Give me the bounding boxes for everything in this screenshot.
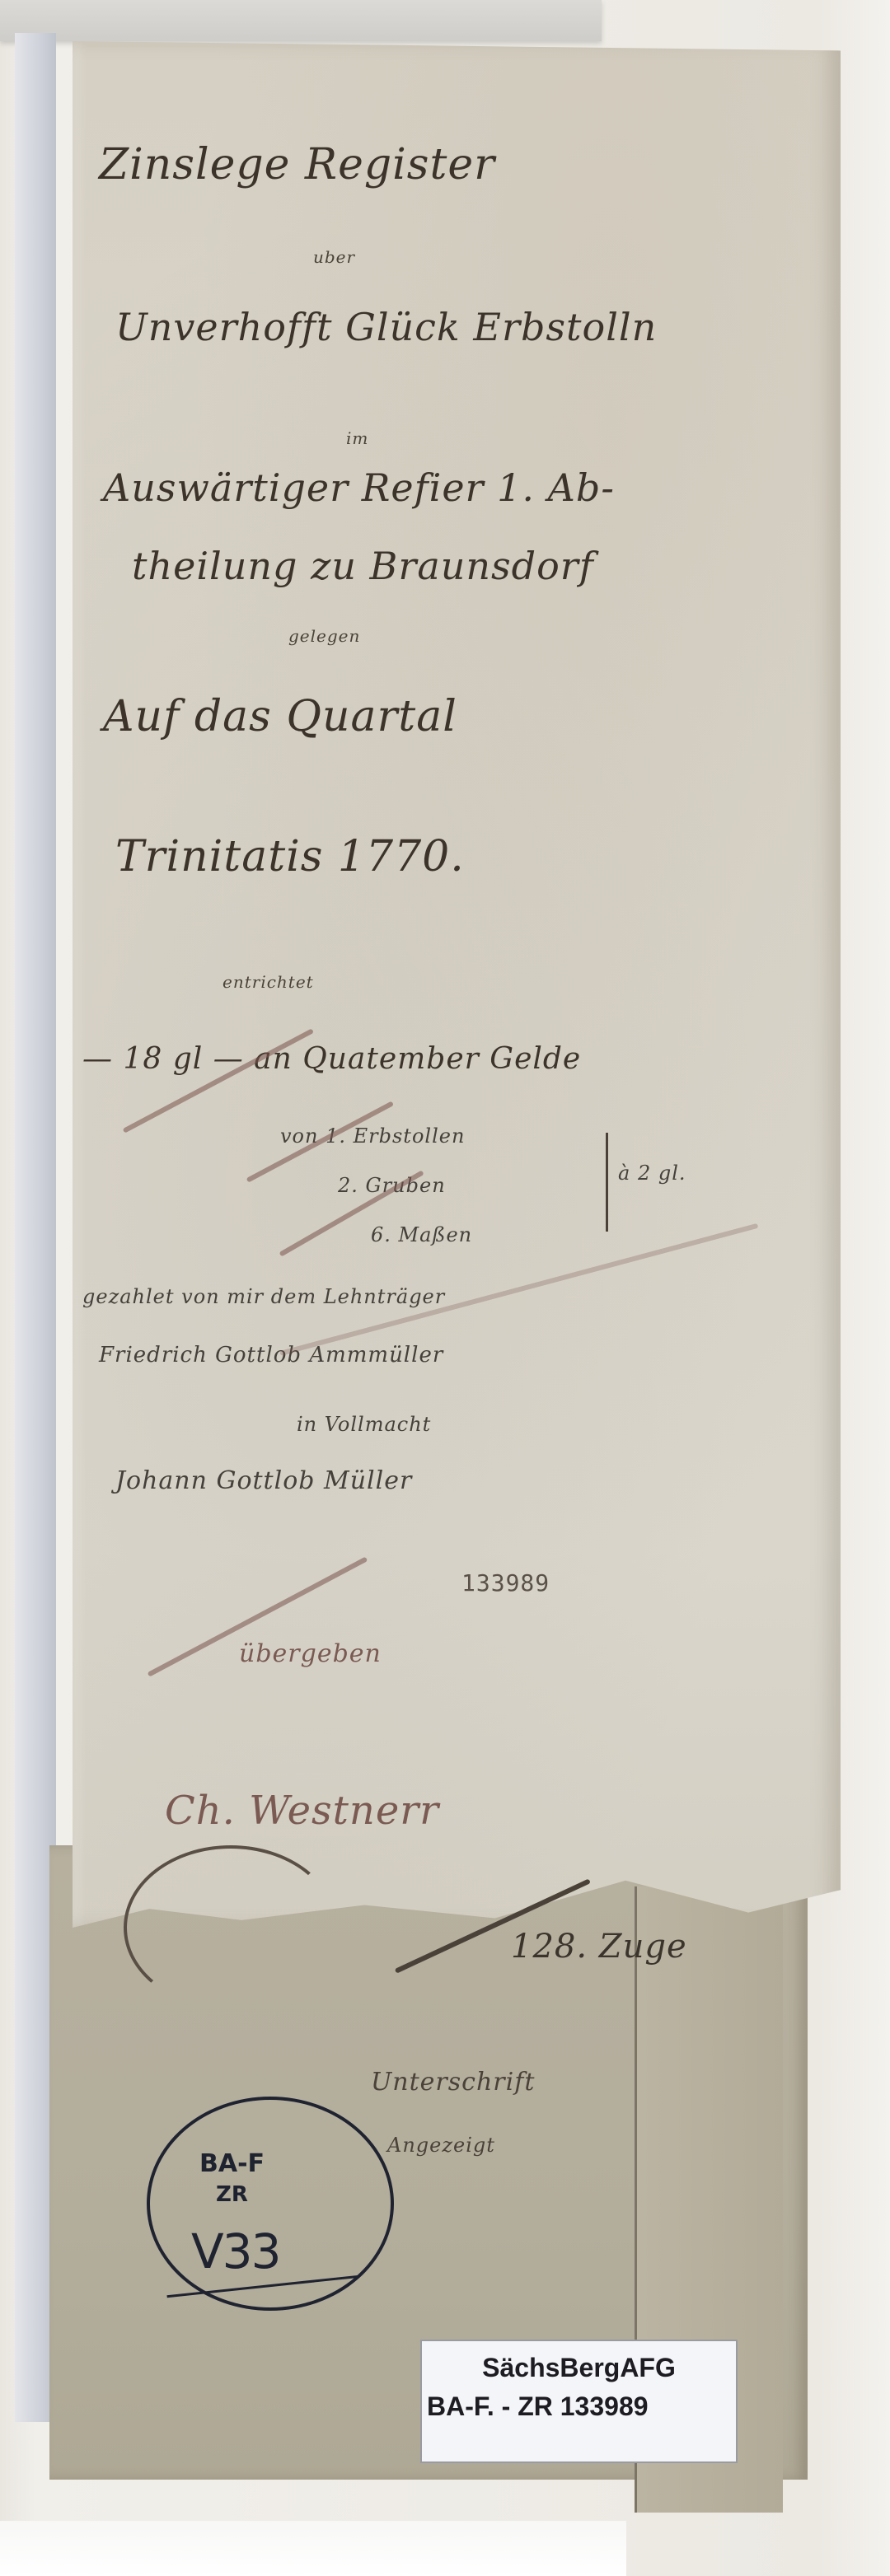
archive-number: 133989 — [461, 1569, 550, 1597]
breakdown-text: 2. Gruben — [338, 1174, 446, 1197]
amount-text: — 18 gl — an Quatember Gelde — [82, 1042, 581, 1076]
stamp-line: V33 — [191, 2223, 279, 2279]
period-text: Auf das Quartal — [103, 692, 457, 741]
period-text: Trinitatis 1770. — [115, 832, 465, 881]
breakdown-text: 6. Maßen — [371, 1223, 472, 1246]
name-text: Friedrich Gottlob Ammmüller — [99, 1343, 443, 1367]
label-line: BA-F. - ZR 133989 — [422, 2391, 736, 2422]
brace — [606, 1133, 608, 1232]
connector-text: uber — [313, 247, 355, 267]
backing-number: 128. Zuge — [511, 1928, 687, 1966]
signature-text: Ch. Westnerr — [165, 1788, 439, 1834]
district-text: theilung zu Braunsdorf — [132, 544, 594, 588]
connector-text: gelegen — [288, 626, 360, 646]
connector-text: im — [346, 428, 368, 448]
breakdown-text: von 1. Erbstollen — [280, 1124, 465, 1148]
connector-text: in Vollmacht — [297, 1413, 431, 1436]
flourish — [124, 1845, 338, 2010]
breakdown-note: à 2 gl. — [618, 1162, 686, 1185]
label-line: SächsBergAFG — [422, 2353, 736, 2383]
title-text: Zinslege Register — [99, 140, 495, 189]
backing-note: Unterschrift — [371, 2068, 535, 2097]
backing-note: Angezeigt — [387, 2134, 495, 2157]
stamp-line: ZR — [216, 2182, 248, 2207]
stamp-line: BA-F — [199, 2149, 265, 2178]
name-text: Johann Gottlob Müller — [115, 1466, 412, 1495]
archive-label: SächsBergAFG BA-F. - ZR 133989 — [420, 2340, 738, 2463]
top-cover-sheet — [0, 0, 602, 41]
subject-text: Unverhofft Glück Erbstolln — [115, 305, 657, 349]
connector-text: entrichtet — [222, 972, 314, 992]
district-text: Auswärtiger Refier 1. Ab- — [103, 465, 615, 510]
archive-stamp: BA-F ZR V33 — [147, 2097, 394, 2311]
bottom-sheet — [0, 2521, 626, 2576]
paid-text: gezahlet von mir dem Lehnträger — [82, 1285, 445, 1308]
received-text: übergeben — [239, 1639, 382, 1668]
